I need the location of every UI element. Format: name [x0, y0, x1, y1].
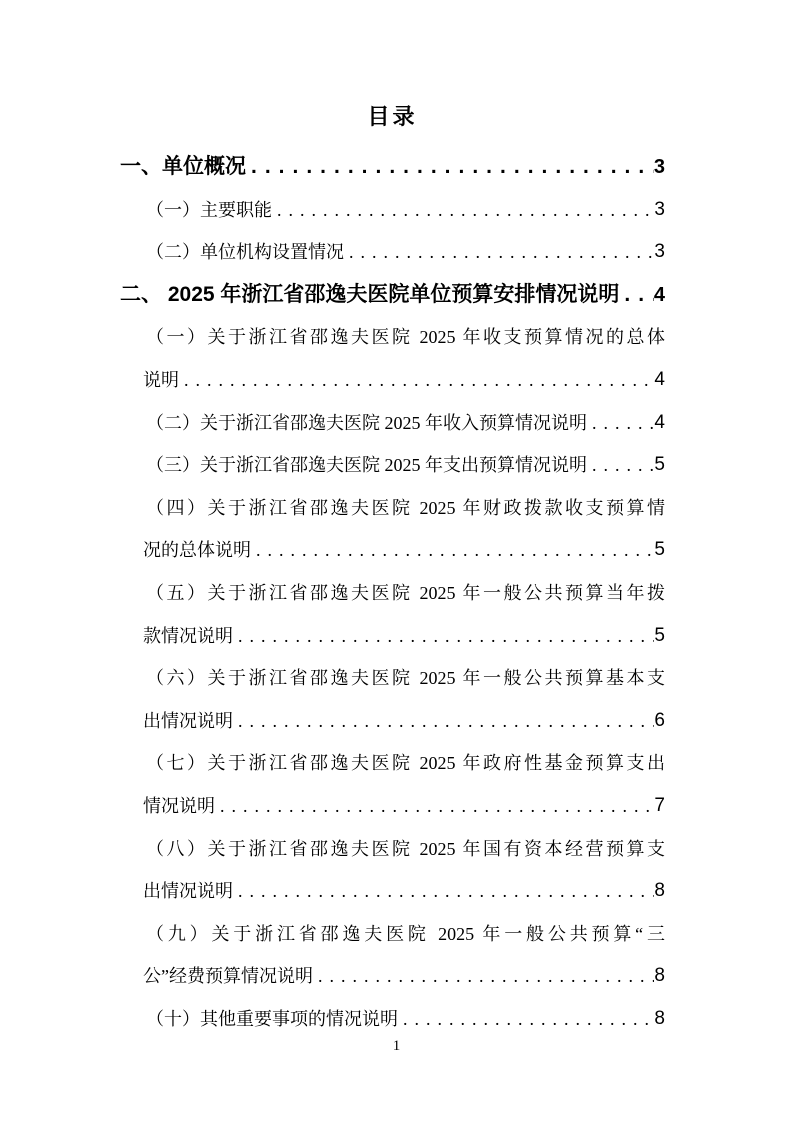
toc-entry[interactable]: （七）关于浙江省邵逸夫医院 2025 年政府性基金预算支出 [120, 742, 665, 785]
toc-entry-text: （四）关于浙江省邵逸夫医院 2025 年财政拨款收支预算情 [146, 487, 665, 530]
toc-page-number: 7 [654, 785, 665, 828]
toc-entry-text: 公”经费预算情况说明 [143, 955, 313, 998]
toc-entry-text: 二、 2025 年浙江省邵逸夫医院单位预算安排情况说明 [120, 274, 619, 317]
toc-page-number: 5 [654, 444, 665, 487]
toc-leader-dots: ........................................… [619, 274, 653, 317]
toc-leader-dots: ........................................… [344, 231, 654, 274]
toc-entry-text: （二）单位机构设置情况 [146, 231, 344, 274]
table-of-contents: 一、单位概况..................................… [120, 146, 665, 1040]
toc-entry-text: （一）关于浙江省邵逸夫医院 2025 年收支预算情况的总体 [146, 316, 665, 359]
toc-entry[interactable]: （十）其他重要事项的情况说明..........................… [120, 998, 665, 1041]
toc-entry-text: 出情况说明 [143, 700, 233, 743]
toc-entry[interactable]: （二）关于浙江省邵逸夫医院 2025 年收入预算情况说明............… [120, 402, 665, 445]
toc-page-number: 8 [654, 955, 665, 998]
toc-entry[interactable]: 款情况说明...................................… [120, 615, 665, 658]
toc-entry[interactable]: （五）关于浙江省邵逸夫医院 2025 年一般公共预算当年拨 [120, 572, 665, 615]
toc-page-number: 5 [654, 529, 665, 572]
toc-page-number: 4 [654, 402, 665, 445]
toc-page-number: 3 [654, 231, 665, 274]
toc-entry[interactable]: 出情况说明...................................… [120, 870, 665, 913]
toc-leader-dots: ........................................… [179, 359, 654, 402]
toc-entry[interactable]: （一）关于浙江省邵逸夫医院 2025 年收支预算情况的总体 [120, 316, 665, 359]
toc-entry[interactable]: 况的总体说明..................................… [120, 529, 665, 572]
footer-page-number: 1 [0, 1038, 793, 1055]
toc-entry-text: （五）关于浙江省邵逸夫医院 2025 年一般公共预算当年拨 [146, 572, 665, 615]
toc-entry-text: （七）关于浙江省邵逸夫医院 2025 年政府性基金预算支出 [146, 742, 665, 785]
toc-entry-text: （八）关于浙江省邵逸夫医院 2025 年国有资本经营预算支 [146, 828, 665, 871]
toc-page-number: 3 [654, 146, 665, 189]
toc-leader-dots: ........................................… [233, 700, 654, 743]
toc-leader-dots: ........................................… [272, 189, 654, 232]
toc-entry[interactable]: （三）关于浙江省邵逸夫医院 2025 年支出预算情况说明............… [120, 444, 665, 487]
toc-page-number: 6 [654, 700, 665, 743]
toc-leader-dots: ........................................… [587, 444, 654, 487]
toc-entry[interactable]: 公”经费预算情况说明..............................… [120, 955, 665, 998]
toc-entry[interactable]: 说明......................................… [120, 359, 665, 402]
toc-leader-dots: ........................................… [313, 955, 654, 998]
toc-leader-dots: ........................................… [251, 529, 654, 572]
toc-entry[interactable]: （六）关于浙江省邵逸夫医院 2025 年一般公共预算基本支 [120, 657, 665, 700]
toc-entry[interactable]: 情况说明....................................… [120, 785, 665, 828]
toc-page-number: 3 [654, 189, 665, 232]
toc-entry-text: （九）关于浙江省邵逸夫医院 2025 年一般公共预算“三 [146, 913, 665, 956]
toc-entry-text: （三）关于浙江省邵逸夫医院 2025 年支出预算情况说明 [146, 444, 587, 487]
toc-entry-text: 款情况说明 [143, 615, 233, 658]
toc-entry[interactable]: （四）关于浙江省邵逸夫医院 2025 年财政拨款收支预算情 [120, 487, 665, 530]
toc-leader-dots: ........................................… [398, 998, 654, 1041]
toc-entry-text: 况的总体说明 [143, 529, 251, 572]
toc-entry-text: 出情况说明 [143, 870, 233, 913]
toc-leader-dots: ........................................… [246, 146, 654, 189]
toc-entry[interactable]: 一、单位概况..................................… [120, 146, 665, 189]
toc-leader-dots: ........................................… [215, 785, 654, 828]
toc-page-number: 4 [654, 359, 665, 402]
toc-entry[interactable]: 二、 2025 年浙江省邵逸夫医院单位预算安排情况说明.............… [120, 274, 665, 317]
toc-page-number: 4 [654, 274, 665, 317]
toc-entry-text: （一）主要职能 [146, 189, 272, 232]
toc-page-number: 8 [654, 870, 665, 913]
toc-entry[interactable]: （一）主要职能.................................… [120, 189, 665, 232]
toc-entry[interactable]: （九）关于浙江省邵逸夫医院 2025 年一般公共预算“三 [120, 913, 665, 956]
page-title: 目录 [120, 97, 665, 146]
toc-leader-dots: ........................................… [587, 402, 654, 445]
toc-entry[interactable]: （八）关于浙江省邵逸夫医院 2025 年国有资本经营预算支 [120, 828, 665, 871]
toc-entry-text: 情况说明 [143, 785, 215, 828]
toc-page-number: 5 [654, 615, 665, 658]
toc-entry[interactable]: 出情况说明...................................… [120, 700, 665, 743]
page-content: 目录 一、单位概况...............................… [120, 97, 665, 1040]
toc-page-number: 8 [654, 998, 665, 1041]
toc-leader-dots: ........................................… [233, 615, 654, 658]
toc-leader-dots: ........................................… [233, 870, 654, 913]
toc-entry-text: 说明 [143, 359, 179, 402]
document-page: 目录 一、单位概况...............................… [0, 0, 793, 1122]
toc-entry-text: （六）关于浙江省邵逸夫医院 2025 年一般公共预算基本支 [146, 657, 665, 700]
toc-entry-text: 一、单位概况 [120, 146, 246, 189]
toc-entry-text: （十）其他重要事项的情况说明 [146, 998, 398, 1041]
toc-entry[interactable]: （二）单位机构设置情况.............................… [120, 231, 665, 274]
toc-entry-text: （二）关于浙江省邵逸夫医院 2025 年收入预算情况说明 [146, 402, 587, 445]
